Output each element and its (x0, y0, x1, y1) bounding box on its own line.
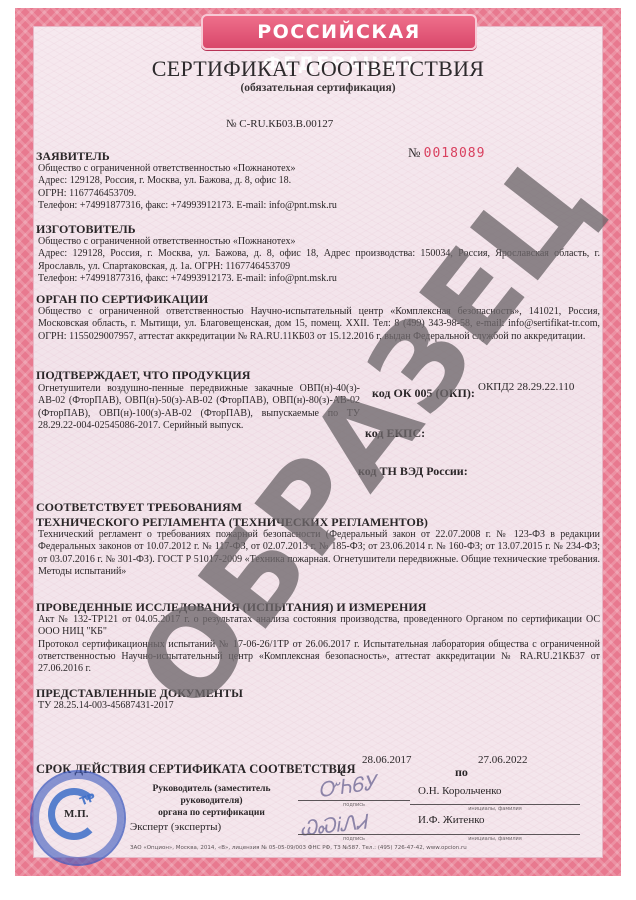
documents-text: ТУ 28.25.14-003-45687431-2017 (36, 700, 600, 712)
conformity-heading-1: СООТВЕТСТВУЕТ ТРЕБОВАНИЯМ (36, 500, 600, 514)
country-banner: РОССИЙСКАЯ ФЕДЕРАЦИЯ (201, 14, 477, 50)
section-certification-body: ОРГАН ПО СЕРТИФИКАЦИИ Общество с огранич… (36, 292, 600, 343)
validity-from-date: 28.06.2017 (362, 754, 412, 766)
applicant-line: Общество с ограниченной ответственностью… (36, 163, 600, 175)
tests-line: Протокол сертификационных испытаний № 17… (36, 639, 600, 676)
head-name-caption: инициалы, фамилия (410, 806, 580, 812)
ekps-code-label: код ЕКПС: (365, 426, 425, 441)
okp-code-value: ОКПД2 28.29.22.110 (478, 381, 574, 393)
tests-line: Акт № 132-ТР121 от 04.05.2017 г. о резул… (36, 614, 600, 639)
head-signatory-label: Руководитель (заместитель руководителя) … (124, 783, 299, 819)
manufacturer-heading: ИЗГОТОВИТЕЛЬ (36, 222, 600, 236)
certificate-frame: РОССИЙСКАЯ ФЕДЕРАЦИЯ (15, 8, 621, 876)
head-signature-line (298, 800, 410, 801)
applicant-line: Телефон: +74991877316, факс: +7499391217… (36, 200, 600, 212)
validity-to-date: 27.06.2022 (478, 754, 528, 766)
manufacturer-line: Телефон: +74991877316, факс: +7499391217… (36, 273, 600, 285)
applicant-line: ОГРН: 1167746453709. (36, 188, 600, 200)
expert-signature-caption: подпись (298, 836, 410, 842)
section-product: ПОДТВЕРЖДАЕТ, ЧТО ПРОДУКЦИЯ (36, 368, 600, 382)
expert-name: И.Ф. Житенко (418, 814, 485, 826)
expert-signature-line (298, 834, 410, 835)
section-documents: ПРЕДСТАВЛЕННЫЕ ДОКУМЕНТЫ ТУ 28.25.14-003… (36, 686, 600, 712)
tnved-code-label: код ТН ВЭД России: (358, 464, 468, 479)
document-title: СЕРТИФИКАТ СООТВЕТСТВИЯ (0, 56, 636, 82)
head-signatory-name: О.Н. Корольченко (418, 785, 502, 797)
expert-name-caption: инициалы, фамилия (410, 836, 580, 842)
applicant-heading: ЗАЯВИТЕЛЬ (36, 149, 600, 163)
applicant-line: Адрес: 129128, Россия, г. Москва, ул. Ба… (36, 175, 600, 187)
certificate-number: № C-RU.КБ03.В.00127 (226, 118, 333, 130)
documents-heading: ПРЕДСТАВЛЕННЫЕ ДОКУМЕНТЫ (36, 686, 600, 700)
conformity-heading-2: ТЕХНИЧЕСКОГО РЕГЛАМЕНТА (ТЕХНИЧЕСКИХ РЕГ… (36, 515, 600, 529)
conformity-text: Технический регламент о требованиях пожа… (36, 529, 600, 578)
expert-name-line (410, 834, 580, 835)
head-label-line-1: Руководитель (заместитель руководителя) (124, 783, 299, 807)
head-label-line-2: органа по сертификации (124, 807, 299, 819)
manufacturer-line: Общество с ограниченной ответственностью… (36, 236, 600, 248)
expert-label: Эксперт (эксперты) (130, 821, 221, 833)
section-tests: ПРОВЕДЕННЫЕ ИССЛЕДОВАНИЯ (ИСПЫТАНИЯ) И И… (36, 600, 600, 675)
head-name-line (410, 804, 580, 805)
section-applicant: ЗАЯВИТЕЛЬ Общество с ограниченной ответс… (36, 149, 600, 212)
cert-body-heading: ОРГАН ПО СЕРТИФИКАЦИИ (36, 292, 600, 306)
manufacturer-line: Адрес: 129128, Россия, г. Москва, ул. Ба… (36, 248, 600, 273)
printer-footer: ЗАО «Опцион», Москва, 2014, «В», лицензи… (130, 845, 467, 851)
section-manufacturer: ИЗГОТОВИТЕЛЬ Общество с ограниченной отв… (36, 222, 600, 285)
okp-code-label: код ОК 005 (ОКП): (372, 386, 475, 401)
validity-to-label: по (455, 765, 468, 780)
cert-body-text: Общество с ограниченной ответственностью… (36, 306, 600, 343)
head-signature-caption: подпись (298, 802, 410, 808)
section-conformity: СООТВЕТСТВУЕТ ТРЕБОВАНИЯМ ТЕХНИЧЕСКОГО Р… (36, 500, 600, 578)
stamp-place-label: М.П. (64, 808, 88, 820)
tests-heading: ПРОВЕДЕННЫЕ ИССЛЕДОВАНИЯ (ИСПЫТАНИЯ) И И… (36, 600, 600, 614)
document-subtitle: (обязательная сертификация) (0, 82, 636, 94)
product-text: Огнетушители воздушно-пенные передвижные… (38, 383, 360, 432)
product-heading: ПОДТВЕРЖДАЕТ, ЧТО ПРОДУКЦИЯ (36, 368, 600, 382)
